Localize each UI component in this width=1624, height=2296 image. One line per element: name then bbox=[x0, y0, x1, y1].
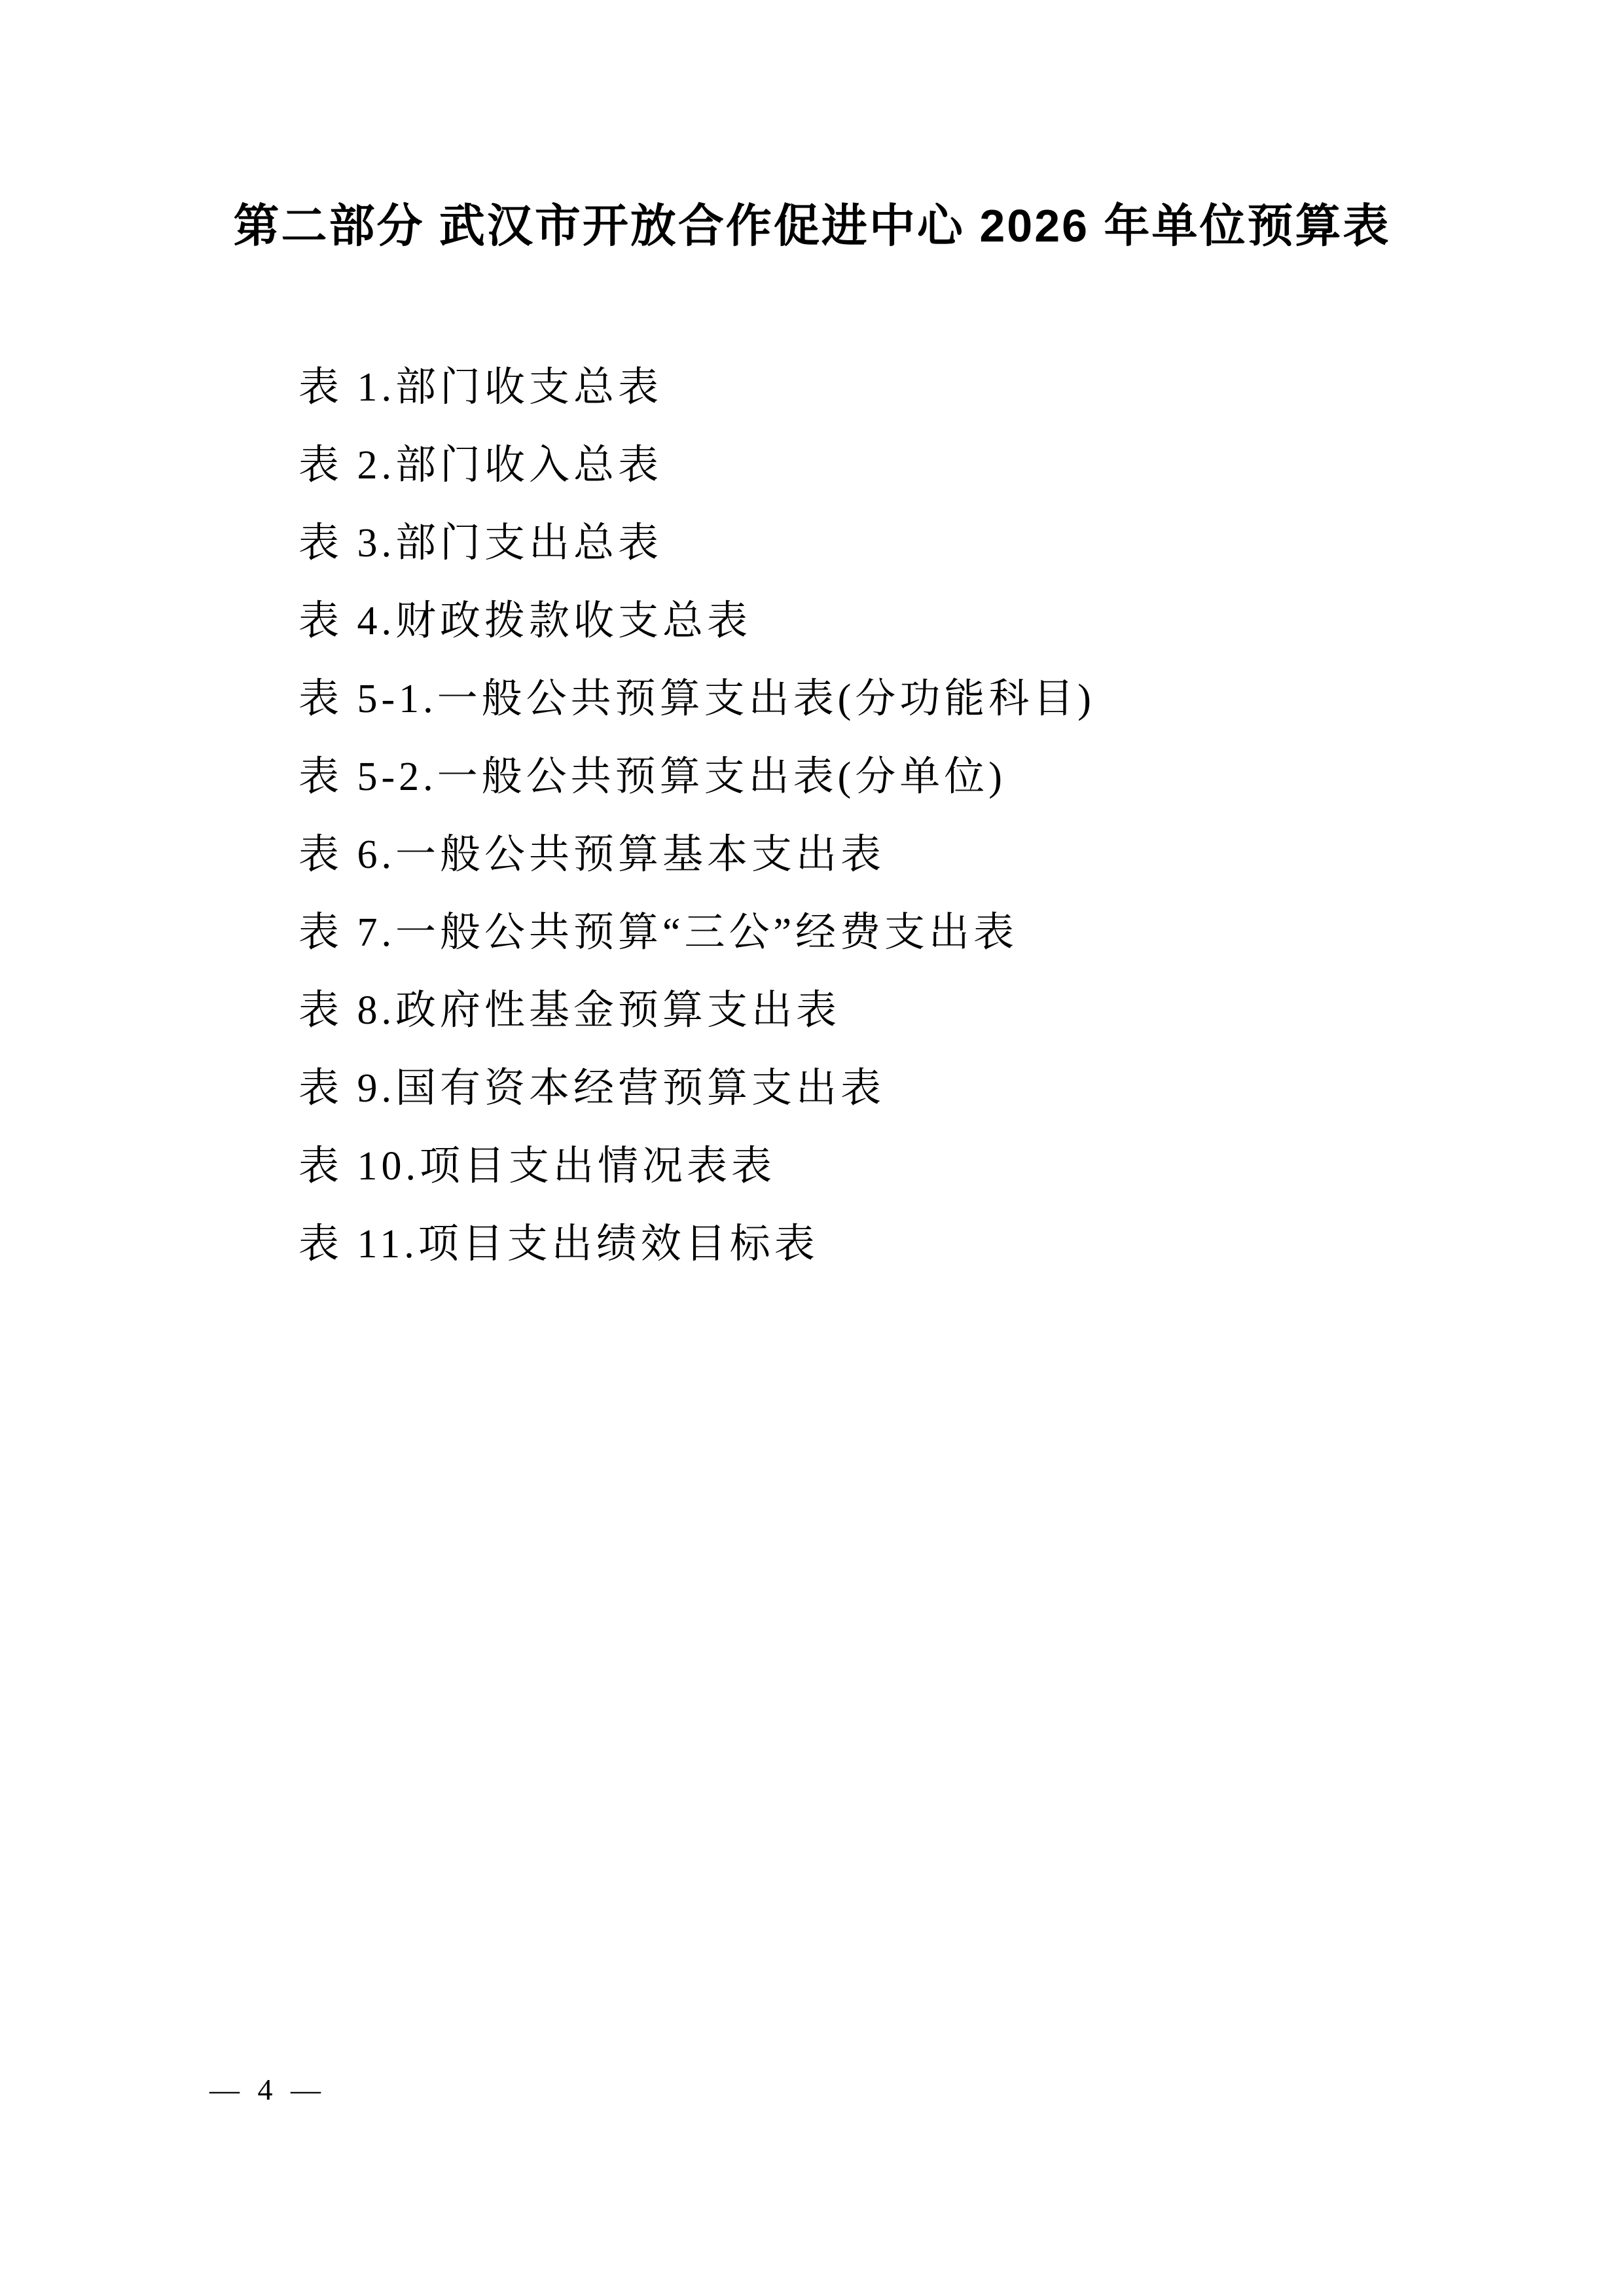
table-list-item: 表 5-2.一般公共预算支出表(分单位) bbox=[298, 734, 1095, 812]
table-list-item: 表 1.部门收支总表 bbox=[298, 344, 1095, 422]
table-list-item: 表 6.一般公共预算基本支出表 bbox=[298, 812, 1095, 889]
page-title: 第二部分 武汉市开放合作促进中心 2026 年单位预算表 bbox=[0, 189, 1624, 255]
page-number: — 4 — bbox=[209, 2072, 326, 2107]
table-list-item: 表 2.部门收入总表 bbox=[298, 422, 1095, 500]
table-list-item: 表 9.国有资本经营预算支出表 bbox=[298, 1045, 1095, 1123]
table-list-item: 表 8.政府性基金预算支出表 bbox=[298, 967, 1095, 1045]
table-list-item: 表 3.部门支出总表 bbox=[298, 500, 1095, 578]
table-list-item: 表 5-1.一般公共预算支出表(分功能科目) bbox=[298, 656, 1095, 734]
document-page: 第二部分 武汉市开放合作促进中心 2026 年单位预算表 表 1.部门收支总表表… bbox=[0, 0, 1624, 2296]
table-of-tables-list: 表 1.部门收支总表表 2.部门收入总表表 3.部门支出总表表 4.财政拨款收支… bbox=[298, 344, 1095, 1279]
table-list-item: 表 7.一般公共预算“三公”经费支出表 bbox=[298, 889, 1095, 967]
table-list-item: 表 10.项目支出情况表表 bbox=[298, 1123, 1095, 1201]
table-list-item: 表 11.项目支出绩效目标表 bbox=[298, 1201, 1095, 1279]
table-list-item: 表 4.财政拨款收支总表 bbox=[298, 578, 1095, 656]
